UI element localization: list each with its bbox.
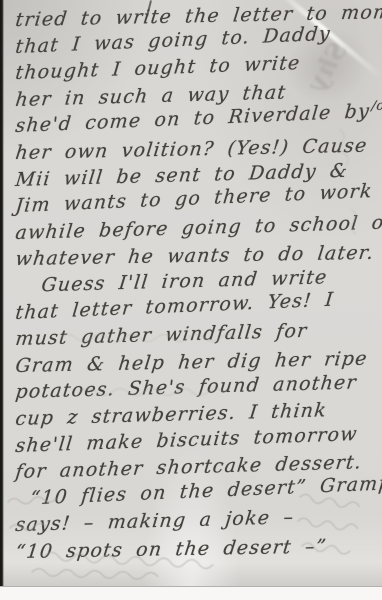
scan-background-strip xyxy=(0,587,382,600)
scan-left-edge xyxy=(0,0,4,586)
handwriting-block: tried to write the letter to mom that I … xyxy=(15,9,378,567)
handwriting-line: “10 spots on the desert –” xyxy=(14,535,380,568)
edge-correction-note: /on xyxy=(371,98,382,114)
letter-page: Shy tried to write the letter to mom tha… xyxy=(0,0,382,587)
